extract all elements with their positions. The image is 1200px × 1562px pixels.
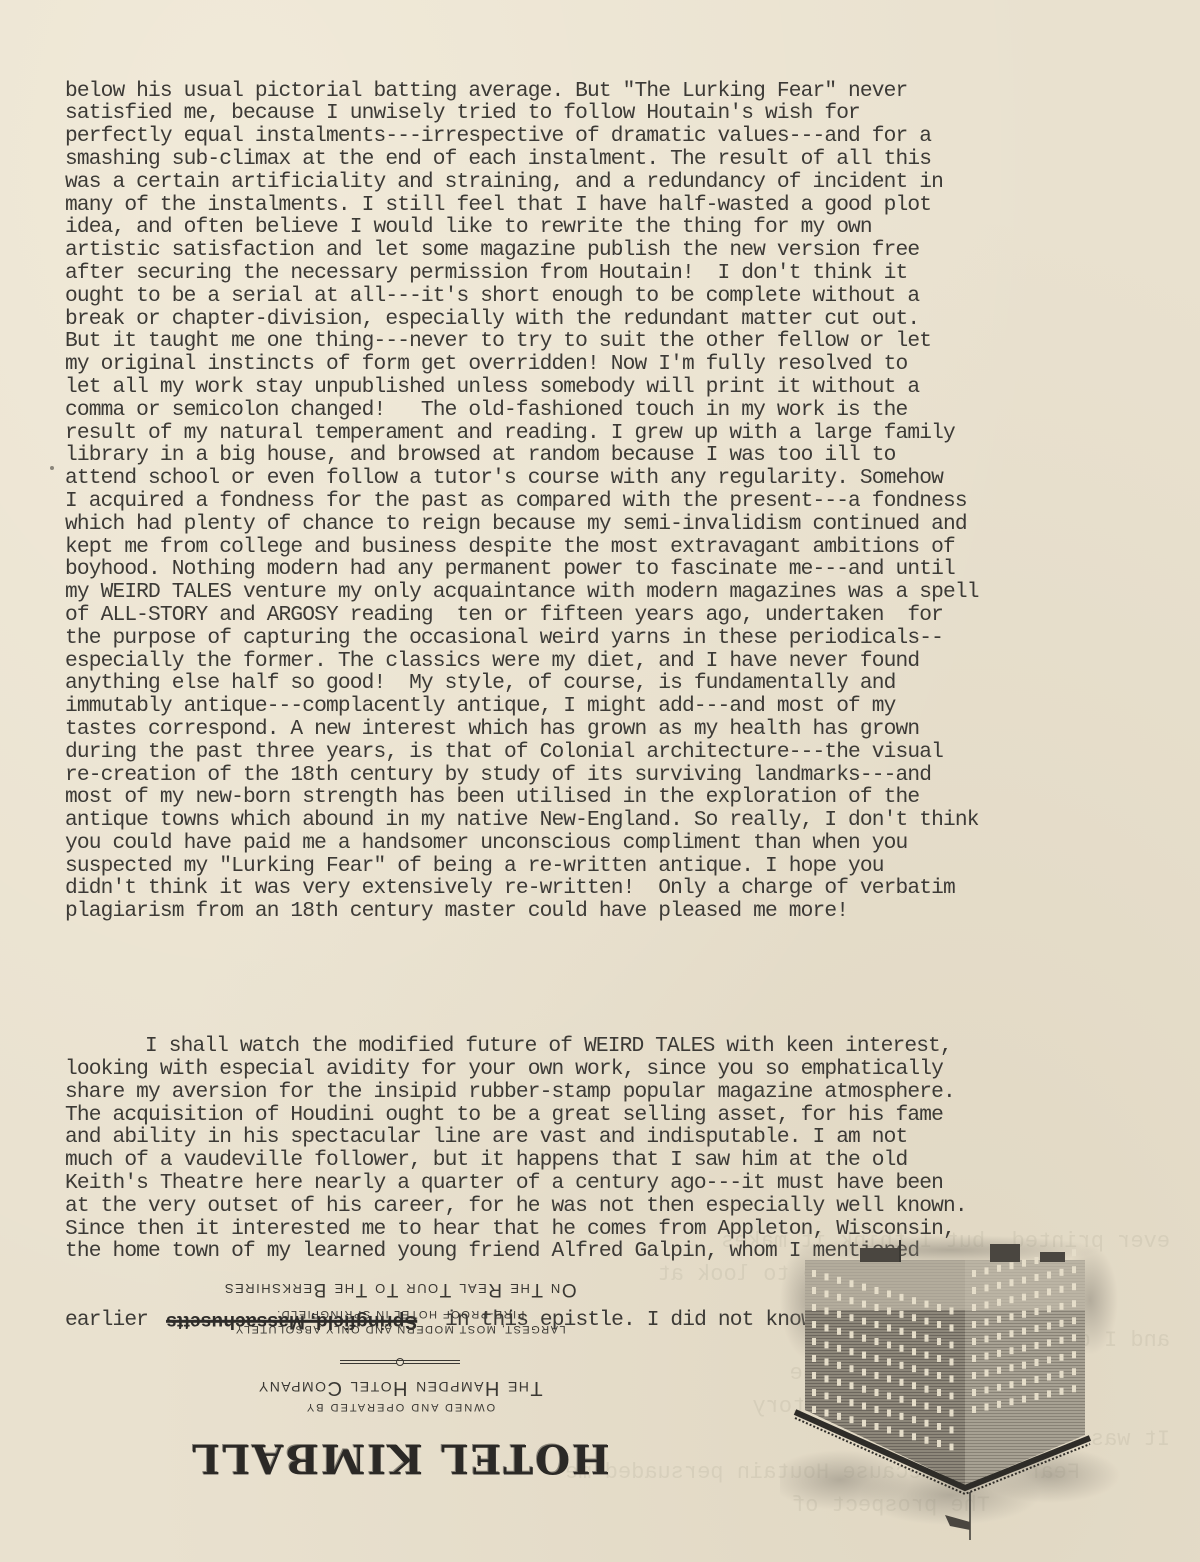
text-line: the purpose of capturing the occasional … (65, 627, 1175, 650)
text-line: my WEIRD TALES venture my only acquainta… (65, 581, 1175, 604)
paragraph-1: below his usual pictorial batting averag… (65, 80, 1175, 923)
text-line: satisfied me, because I unwisely tried t… (65, 102, 1175, 125)
text-line: I acquired a fondness for the past as co… (65, 490, 1175, 513)
owned-by-label: OWNED AND OPERATED BY (170, 1401, 630, 1413)
tagline-line-1: LARGEST, MOST MODERN AND ONLY ABSOLUTELY (170, 1321, 630, 1336)
text-line: library in a big house, and browsed at r… (65, 444, 1175, 467)
text-line: But it taught me one thing---never to tr… (65, 330, 1175, 353)
ornament-divider (340, 1358, 460, 1366)
text-line: which had plenty of chance to reign beca… (65, 513, 1175, 536)
text-line: comma or semicolon changed! The old-fash… (65, 399, 1175, 422)
hotel-letterhead: HOTEL KIMBALL OWNED AND OPERATED BY The … (170, 1250, 630, 1490)
hotel-building-illustration (780, 1230, 1120, 1550)
text-line: anything else half so good! My style, of… (65, 672, 1175, 695)
building-engraving-icon (780, 1230, 1120, 1550)
text-line: at the very outset of his career, for he… (65, 1195, 1175, 1218)
margin-mark (50, 466, 54, 470)
paragraph-gap (65, 969, 1175, 990)
text-line: my original instincts of form get overri… (65, 353, 1175, 376)
text-line: The acquisition of Houdini ought to be a… (65, 1104, 1175, 1127)
text-line: most of my new-born strength has been ut… (65, 786, 1175, 809)
text-line: Keith's Theatre here nearly a quarter of… (65, 1172, 1175, 1195)
text-line: artistic satisfaction and let some magaz… (65, 239, 1175, 262)
text-line: of ALL-STORY and ARGOSY reading ten or f… (65, 604, 1175, 627)
text-line: was a certain artificiality and strainin… (65, 171, 1175, 194)
text-line: tastes correspond. A new interest which … (65, 718, 1175, 741)
text-line: re-creation of the 18th century by study… (65, 764, 1175, 787)
text-line: and ability in his spectacular line are … (65, 1126, 1175, 1149)
tagline-line-2: FIRE-PROOF HOTEL IN SPRINGFIELD. (170, 1306, 630, 1321)
text-line: smashing sub-climax at the end of each i… (65, 148, 1175, 171)
tagline: LARGEST, MOST MODERN AND ONLY ABSOLUTELY… (170, 1306, 630, 1336)
letter-body: below his usual pictorial batting averag… (65, 34, 1175, 1354)
text-line: share my aversion for the insipid rubber… (65, 1081, 1175, 1104)
text-line: after securing the necessary permission … (65, 262, 1175, 285)
text-line: let all my work stay unpublished unless … (65, 376, 1175, 399)
text-line: kept me from college and business despit… (65, 536, 1175, 559)
text-line: boyhood. Nothing modern had any permanen… (65, 558, 1175, 581)
text-line: below his usual pictorial batting averag… (65, 80, 1175, 103)
text-line: you could have paid me a handsomer uncon… (65, 832, 1175, 855)
text-line: plagiarism from an 18th century master c… (65, 900, 1175, 923)
text-line: during the past three years, is that of … (65, 741, 1175, 764)
text-line: suspected my "Lurking Fear" of being a r… (65, 855, 1175, 878)
text-line: I shall watch the modified future of WEI… (65, 1035, 1175, 1058)
text-line: antique towns which abound in my native … (65, 809, 1175, 832)
text-line: especially the former. The classics were… (65, 650, 1175, 673)
text-line: immutably antique---complacently antique… (65, 695, 1175, 718)
route-line: On The Real Tour To The Berkshires (170, 1278, 630, 1300)
text-line: result of my natural temperament and rea… (65, 422, 1175, 445)
company-name: The Hampden Hotel Company (170, 1376, 630, 1399)
last-line-before: earlier (65, 1308, 160, 1332)
text-line: break or chapter-division, especially wi… (65, 308, 1175, 331)
text-line: much of a vaudeville follower, but it ha… (65, 1149, 1175, 1172)
text-line: idea, and often believe I would like to … (65, 216, 1175, 239)
text-line: many of the instalments. I still feel th… (65, 194, 1175, 217)
text-line: attend school or even follow a tutor's c… (65, 467, 1175, 490)
text-line: perfectly equal instalments---irrespecti… (65, 125, 1175, 148)
text-line: ought to be a serial at all---it's short… (65, 285, 1175, 308)
hotel-name: HOTEL KIMBALL (170, 1435, 630, 1482)
text-line: didn't think it was very extensively re-… (65, 877, 1175, 900)
text-line: looking with especial avidity for your o… (65, 1058, 1175, 1081)
